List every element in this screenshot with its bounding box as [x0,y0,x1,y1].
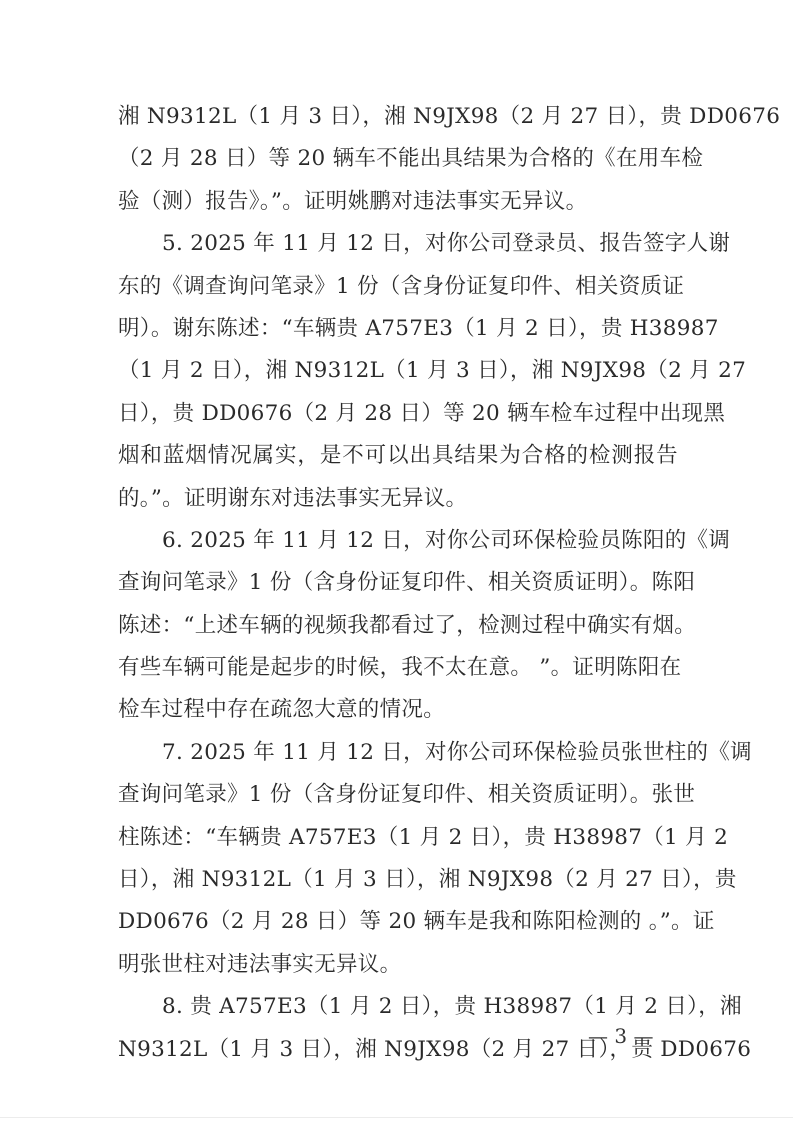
text-line: 7. 2025 年 11 月 12 日，对你公司环保检验员张世柱的《调 [118,732,678,774]
text-line: 东的《调查询问笔录》1 份（含身份证复印件、相关资质证 [118,266,678,308]
text-line: 陈述：“上述车辆的视频我都看过了，检测过程中确实有烟。 [118,605,678,647]
text-line: 有些车辆可能是起步的时候，我不太在意。 ”。证明陈阳在 [118,647,678,689]
text-line: DD0676（2 月 28 日）等 20 辆车是我和陈阳检测的 。”。证 [118,901,678,943]
page-number: — 3 — [588,1022,653,1050]
text-line: 查询问笔录》1 份（含身份证复印件、相关资质证明）。陈阳 [118,562,678,604]
text-line: 的。”。证明谢东对违法事实无异议。 [118,478,678,520]
text-line: （2 月 28 日）等 20 辆车不能出具结果为合格的《在用车检 [118,138,678,180]
text-line: 烟和蓝烟情况属实，是不可以出具结果为合格的检测报告 [118,435,678,477]
text-line: 查询问笔录》1 份（含身份证复印件、相关资质证明）。张世 [118,774,678,816]
text-line: 6. 2025 年 11 月 12 日，对你公司环保检验员陈阳的《调 [118,520,678,562]
text-line: 验（测）报告》。”。证明姚鹏对违法事实无异议。 [118,181,678,223]
paragraph-7: 7. 2025 年 11 月 12 日，对你公司环保检验员张世柱的《调 查询问笔… [118,732,678,986]
text-line: 5. 2025 年 11 月 12 日，对你公司登录员、报告签字人谢 [118,223,678,265]
text-line: 湘 N9312L（1 月 3 日），湘 N9JX98（2 月 27 日），贵 D… [118,96,678,138]
document-page: 湘 N9312L（1 月 3 日），湘 N9JX98（2 月 27 日），贵 D… [0,0,793,1122]
text-line: 日），湘 N9312L（1 月 3 日），湘 N9JX98（2 月 27 日），… [118,859,678,901]
paragraph-6: 6. 2025 年 11 月 12 日，对你公司环保检验员陈阳的《调 查询问笔录… [118,520,678,732]
page-edge-divider [0,1117,793,1118]
paragraph-4-continuation: 湘 N9312L（1 月 3 日），湘 N9JX98（2 月 27 日），贵 D… [118,96,678,223]
paragraph-5: 5. 2025 年 11 月 12 日，对你公司登录员、报告签字人谢 东的《调查… [118,223,678,520]
text-line: 检车过程中存在疏忽大意的情况。 [118,689,678,731]
text-line: 明）。谢东陈述：“车辆贵 A757E3（1 月 2 日），贵 H38987 [118,308,678,350]
text-line: 日），贵 DD0676（2 月 28 日）等 20 辆车检车过程中出现黑 [118,393,678,435]
text-line: （1 月 2 日），湘 N9312L（1 月 3 日），湘 N9JX98（2 月… [118,350,678,392]
text-line: 明张世柱对违法事实无异议。 [118,944,678,986]
text-line: 柱陈述：“车辆贵 A757E3（1 月 2 日），贵 H38987（1 月 2 [118,817,678,859]
document-body: 湘 N9312L（1 月 3 日），湘 N9JX98（2 月 27 日），贵 D… [118,96,678,1071]
